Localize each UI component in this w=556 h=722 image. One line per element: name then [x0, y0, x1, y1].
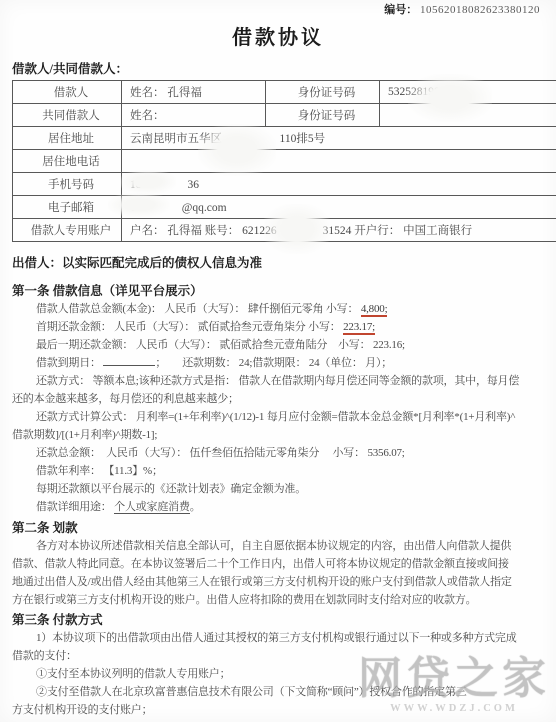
table-row: 共同借款人姓名：身份证号码 [13, 104, 556, 127]
text-line: 借款到期日： ； 还款期数： 24;借款期限： 24（单位： 月）； [12, 354, 544, 372]
text-segment: 。 [190, 501, 201, 513]
text-segment: 最后一期还款金额： 人民币（大写）： 贰佰贰拾叁元壹角陆分 小写： 223.16… [36, 339, 405, 351]
value-cell: 6 @qq.com [122, 196, 556, 219]
clause-3-body: 1）本协议项下的出借款项由出借人通过其授权的第三方支付机构或银行通过以下一种或多… [12, 629, 544, 719]
table-row: 借款人姓名： 孔得福身份证号码532528198 [13, 81, 556, 104]
underlined-value: 个人或家庭消费 [114, 501, 190, 514]
document-content: 编号： 10562018082623380120 借款协议 借款人/共同借款人：… [0, 0, 556, 719]
name-cell: 姓名： [122, 104, 266, 127]
value-cell: 18 36 [122, 173, 556, 196]
text-segment: 借款到期日： [36, 357, 103, 369]
text-line: 还款方式计算公式： 月利率=(1+年利率)^(1/12)-1 每月应付金额=借款… [12, 408, 544, 426]
id-label-cell: 身份证号码 [266, 104, 380, 127]
text-segment: 还款总金额： 人民币（大写）： 伍仟叁佰伍拾陆元零角柒分 小写： 5356.07… [36, 447, 405, 459]
red-underlined-value: 223.17; [343, 321, 375, 335]
table-row: 居住地址云南昆明市五华区 110排5号 [13, 127, 556, 150]
text-segment: 借款详细用途： [36, 501, 114, 513]
name-cell: 姓名： 孔得福 [122, 81, 266, 104]
text-line: 借款年利率： 【11.3】%； [12, 462, 544, 480]
text-line: 借款详细用途： 个人或家庭消费。 [12, 498, 544, 516]
text-segment: 还的本金越来越多，每月偿还的利息越来越少； [12, 393, 239, 405]
blank-fill-line [103, 354, 155, 366]
text-line: 地通过出借人及/或出借人经由其他第三人在银行或第三方支付机构开设的账户支付到借款… [12, 573, 544, 591]
text-line: ①支付至本协议列明的借款人专用账户； [12, 665, 544, 683]
text-line: 还的本金越来越多，每月偿还的利息越来越少； [12, 390, 544, 408]
text-line: 每期还款额以平台展示的《还款计划表》确定金额为准。 [12, 480, 544, 498]
text-line: 各方对本协议所述借款相关信息全部认可，自主自愿依据本协议规定的内容，由出借人向借… [12, 537, 544, 555]
row-label: 借款人 [13, 81, 122, 104]
clause-2-transfer: 第二条 划款 各方对本协议所述借款相关信息全部认可，自主自愿依据本协议规定的内容… [12, 519, 544, 609]
text-segment: 方支付机构开设的支付账户； [12, 704, 152, 716]
text-line: 借款期数]/[(1+月利率)^期数-1]; [12, 426, 544, 444]
text-segment: 首期还款金额： 人民币（大写）： 贰佰贰拾叁元壹角柒分 小写： [36, 321, 343, 333]
table-row: 居住地电话 [13, 150, 556, 173]
text-line: 最后一期还款金额： 人民币（大写）： 贰佰贰拾叁元壹角陆分 小写： 223.16… [12, 336, 544, 354]
lender-line: 出借人：以实际匹配完成后的债权人信息为准 [12, 254, 544, 272]
text-line: 1）本协议项下的出借款项由出借人通过其授权的第三方支付机构或银行通过以下一种或多… [12, 629, 544, 647]
row-label: 电子邮箱 [13, 196, 122, 219]
text-segment: 还款方式： 等额本息;该种还款方式是指： 借款人在借款期内每月偿还同等金额的款项… [36, 375, 519, 387]
table-row: 电子邮箱6 @qq.com [13, 196, 556, 219]
text-line: 还款总金额： 人民币（大写）： 伍仟叁佰伍拾陆元零角柒分 小写： 5356.07… [12, 444, 544, 462]
row-label: 共同借款人 [13, 104, 122, 127]
text-line: 首期还款金额： 人民币（大写）： 贰佰贰拾叁元壹角柒分 小写： 223.17; [12, 318, 544, 336]
text-line: 借款人借款总金额(本金)： 人民币（大写）： 肆仟捌佰元零角 小写： 4,800… [12, 300, 544, 318]
row-label: 借款人专用账户 [13, 219, 122, 242]
text-segment: 借款期数]/[(1+月利率)^期数-1]; [12, 429, 157, 441]
text-line: 方在银行或第三方支付机构开设的账户。出借人应将扣除的费用在划款同时支付给对应的收… [12, 591, 544, 609]
borrower-table-body: 借款人姓名： 孔得福身份证号码532528198共同借款人姓名：身份证号码居住地… [13, 81, 556, 242]
text-segment: ； 还款期数： 24;借款期限： 24（单位： 月）； [155, 357, 392, 369]
text-segment: 1）本协议项下的出借款项由出借人通过其授权的第三方支付机构或银行通过以下一种或多… [36, 632, 517, 644]
text-line: 借款的支付： [12, 647, 544, 665]
id-label-cell: 身份证号码 [266, 81, 380, 104]
text-line: 方支付机构开设的支付账户； [12, 701, 544, 719]
value-cell: 户名： 孔得福 账号： 621226 31524 开户行： 中国工商银行 [122, 219, 556, 242]
text-segment: ①支付至本协议列明的借款人专用账户； [36, 668, 230, 680]
text-segment: 借款、借款人特此同意。在本协议签署后二十个工作日内，出借人可将本协议规定的借款金… [12, 558, 509, 570]
text-segment: 还款方式计算公式： 月利率=(1+年利率)^(1/12)-1 每月应付金额=借款… [36, 411, 515, 423]
red-underlined-value: 4,800; [361, 303, 388, 317]
text-line: ②支付至借款人在北京玖富普惠信息技术有限公司（下文简称“顾问”）授权合作的指定第… [12, 683, 544, 701]
text-segment: 方在银行或第三方支付机构开设的账户。出借人应将扣除的费用在划款同时支付给对应的收… [12, 594, 476, 606]
clause-1-heading: 第一条 借款信息（详见平台展示） [12, 282, 544, 300]
clause-1-loan-info: 第一条 借款信息（详见平台展示） 借款人借款总金额(本金)： 人民币（大写）： … [12, 282, 544, 516]
clause-3-heading: 第三条 付款方式 [12, 611, 544, 629]
borrower-section-label: 借款人/共同借款人： [12, 61, 544, 77]
page-title: 借款协议 [12, 25, 544, 51]
text-line: 还款方式： 等额本息;该种还款方式是指： 借款人在借款期内每月偿还同等金额的款项… [12, 372, 544, 390]
table-row: 借款人专用账户户名： 孔得福 账号： 621226 31524 开户行： 中国工… [13, 219, 556, 242]
clause-2-heading: 第二条 划款 [12, 519, 544, 537]
id-value-cell [380, 104, 556, 127]
text-segment: 借款人借款总金额(本金)： 人民币（大写）： 肆仟捌佰元零角 小写： [36, 303, 361, 315]
value-cell [122, 150, 556, 173]
borrower-table: 借款人姓名： 孔得福身份证号码532528198共同借款人姓名：身份证号码居住地… [12, 80, 556, 242]
text-segment: 借款年利率： 【11.3】%； [36, 465, 163, 477]
row-label: 居住地电话 [13, 150, 122, 173]
text-segment: 地通过出借人及/或出借人经由其他第三人在银行或第三方支付机构开设的账户支付到借款… [12, 576, 512, 588]
text-line: 借款、借款人特此同意。在本协议签署后二十个工作日内，出借人可将本协议规定的借款金… [12, 555, 544, 573]
id-value-cell: 532528198 [380, 81, 556, 104]
clause-3-payment-method: 第三条 付款方式 1）本协议项下的出借款项由出借人通过其授权的第三方支付机构或银… [12, 611, 544, 719]
clause-2-body: 各方对本协议所述借款相关信息全部认可，自主自愿依据本协议规定的内容，由出借人向借… [12, 537, 544, 609]
table-row: 手机号码18 36 [13, 173, 556, 196]
doc-number-value: 10562018082623380120 [420, 4, 540, 16]
doc-number-label: 编号： [384, 4, 417, 16]
text-segment: 各方对本协议所述借款相关信息全部认可，自主自愿依据本协议规定的内容，由出借人向借… [36, 540, 511, 552]
text-segment: 借款的支付： [12, 650, 77, 662]
clause-1-body: 借款人借款总金额(本金)： 人民币（大写）： 肆仟捌佰元零角 小写： 4,800… [12, 300, 544, 516]
text-segment: 每期还款额以平台展示的《还款计划表》确定金额为准。 [36, 483, 306, 495]
loan-agreement-document: 编号： 10562018082623380120 借款协议 借款人/共同借款人：… [0, 0, 556, 722]
value-cell: 云南昆明市五华区 110排5号 [122, 127, 556, 150]
row-label: 手机号码 [13, 173, 122, 196]
doc-number: 编号： 10562018082623380120 [12, 4, 544, 17]
text-segment: ②支付至借款人在北京玖富普惠信息技术有限公司（下文简称“顾问”）授权合作的指定第… [36, 686, 467, 698]
row-label: 居住地址 [13, 127, 122, 150]
